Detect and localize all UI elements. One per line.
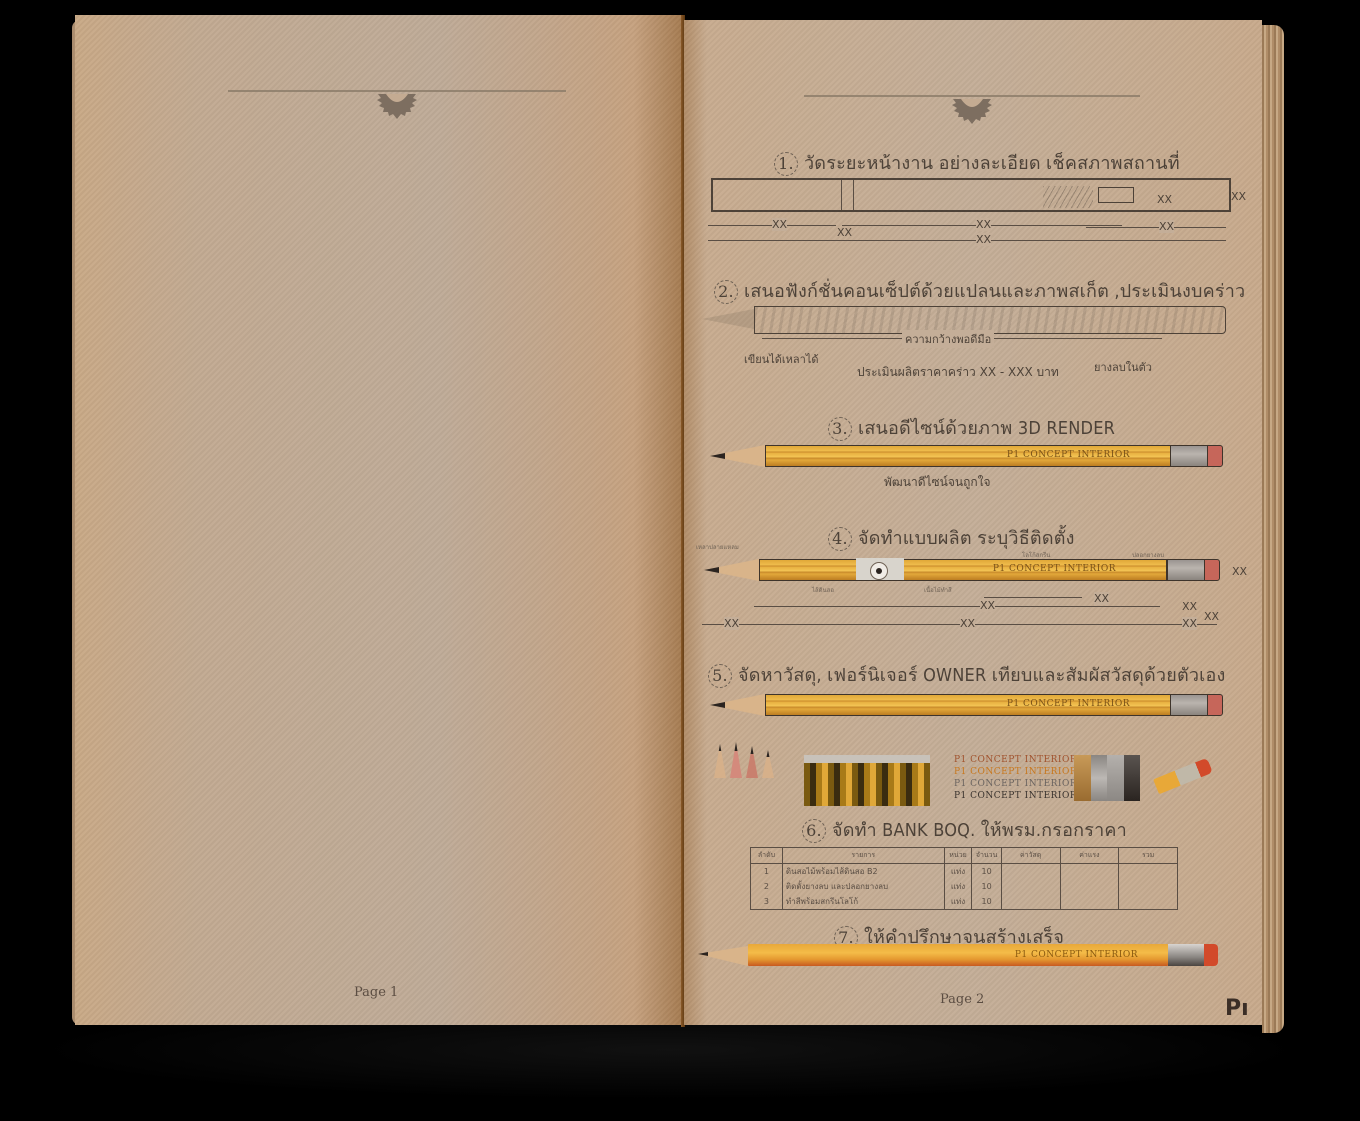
render-pencil: P1 CONCEPT INTERIOR <box>710 445 1225 467</box>
material-pencil: P1 CONCEPT INTERIOR <box>710 694 1225 716</box>
sun-ornament-icon <box>947 97 997 125</box>
step-title-text: เสนอฟังก์ชั่นคอนเซ็ปต์ด้วยแปลนและภาพสเก็… <box>744 281 1245 302</box>
screen-color-sample: P1 CONCEPT INTERIOR <box>954 779 1077 789</box>
sun-ornament-icon <box>372 92 422 120</box>
step-2-title: 2.เสนอฟังก์ชั่นคอนเซ็ปต์ด้วยแปลนและภาพสเ… <box>714 276 1245 305</box>
site-plan-drawing <box>711 178 1231 212</box>
pencil-brand-text: P1 CONCEPT INTERIOR <box>1007 450 1130 460</box>
screen-color-sample: P1 CONCEPT INTERIOR <box>954 767 1077 777</box>
dimension-label: XX <box>976 218 991 231</box>
sharpenable-annotation: เขียนได้เหลาได้ <box>744 350 819 368</box>
step-number-badge: 5. <box>708 664 732 688</box>
dimension-label: XX <box>960 617 975 630</box>
dimension-label: XX <box>1182 617 1197 630</box>
dimension-label: XX <box>724 617 739 630</box>
sketch-pencil-tip <box>702 309 754 329</box>
lead-annotation: ไส้ดินสอ <box>812 585 834 595</box>
dimension-label: XX <box>1204 610 1219 623</box>
table-row: 3 ทำสีพร้อมสกรีนโลโก้ แท่ง 10 <box>751 894 1178 910</box>
screen-color-sample: P1 CONCEPT INTERIOR <box>954 791 1077 801</box>
right-page-edge <box>1262 25 1284 1033</box>
tip-annotation: เหลาปลายแหลม <box>696 542 739 552</box>
step-3-title: 3.เสนอดีไซน์ด้วยภาพ 3D RENDER <box>828 413 1115 442</box>
right-page: 1.วัดระยะหน้างาน อย่างละเอียด เช็คสภาพสถ… <box>684 20 1262 1025</box>
dimension-label: XX <box>976 233 991 246</box>
brand-logo: Pı <box>1225 996 1249 1021</box>
pencil-brand-text: P1 CONCEPT INTERIOR <box>1007 699 1130 709</box>
header-ornament <box>228 90 566 130</box>
table-header-row: ลำดับ รายการ หน่วย จำนวน ค่าวัสดุ ค่าแรง… <box>751 848 1178 864</box>
production-pencil: P1 CONCEPT INTERIOR <box>704 559 1224 581</box>
step-title-text: เสนอดีไซน์ด้วยภาพ 3D RENDER <box>858 418 1115 439</box>
step-number-badge: 1. <box>774 152 798 176</box>
page-number: Page 2 <box>940 992 984 1007</box>
pencil-brand-text: P1 CONCEPT INTERIOR <box>993 564 1116 574</box>
left-page: Page 1 <box>75 15 682 1025</box>
final-pencil: P1 CONCEPT INTERIOR <box>698 946 1228 968</box>
render-caption: พัฒนาดีไซน์จนถูกใจ <box>884 473 991 492</box>
dimension-label: XX <box>1094 592 1109 605</box>
step-title-text: วัดระยะหน้างาน อย่างละเอียด เช็คสภาพสถาน… <box>804 153 1180 174</box>
dimension-label: XX <box>837 226 852 239</box>
dimension-label: XX <box>980 599 995 612</box>
width-annotation: ความกว้างพอดีมือ <box>902 330 994 348</box>
step-title-text: จัดหาวัสดุ, เฟอร์นิเจอร์ OWNER เทียบและส… <box>738 665 1226 686</box>
dimension-label: XX <box>1159 220 1174 233</box>
step-5-title: 5.จัดหาวัสดุ, เฟอร์นิเจอร์ OWNER เทียบแล… <box>708 660 1226 689</box>
lead-hardness-samples <box>712 734 774 778</box>
eraser-annotation: ยางลบในตัว <box>1094 358 1152 376</box>
dimension-label: XX <box>772 218 787 231</box>
step-number-badge: 4. <box>828 527 852 551</box>
step-title-text: จัดทำแบบผลิต ระบุวิธีติดตั้ง <box>858 528 1075 549</box>
pencil-brand-text: P1 CONCEPT INTERIOR <box>1015 950 1138 960</box>
table-row: 2 ติดตั้งยางลบ และปลอกยางลบ แท่ง 10 <box>751 879 1178 894</box>
page-number: Page 1 <box>354 985 398 1000</box>
metal-finish-samples <box>1074 755 1140 801</box>
table-row: 1 ดินสอไม้พร้อมไส้ดินสอ B2 แท่ง 10 <box>751 864 1178 880</box>
eraser-sample <box>1153 758 1213 795</box>
step-6-title: 6.จัดทำ BANK BOQ. ให้พรม.กรอกราคา <box>802 815 1127 844</box>
step-title-text: จัดทำ BANK BOQ. ให้พรม.กรอกราคา <box>832 820 1127 841</box>
header-ornament <box>804 95 1140 135</box>
step-number-badge: 6. <box>802 819 826 843</box>
step-4-title: 4.จัดทำแบบผลิต ระบุวิธีติดตั้ง <box>828 523 1075 552</box>
price-estimate-note: ประเมินผลิตราคาคร่าว XX - XXX บาท <box>857 363 1059 382</box>
dimension-label: XX <box>1232 565 1247 578</box>
dimension-label: XX <box>1231 190 1246 203</box>
wood-annotation: เนื้อไม้ทำสี <box>924 585 952 595</box>
screen-color-sample: P1 CONCEPT INTERIOR <box>954 755 1077 765</box>
step-1-title: 1.วัดระยะหน้างาน อย่างละเอียด เช็คสภาพสถ… <box>774 148 1180 177</box>
step-number-badge: 2. <box>714 280 738 304</box>
boq-table: ลำดับ รายการ หน่วย จำนวน ค่าวัสดุ ค่าแรง… <box>750 847 1178 910</box>
dimension-label: XX <box>1157 193 1172 206</box>
wood-color-samples <box>804 755 930 806</box>
dimension-label: XX <box>1182 600 1197 613</box>
step-number-badge: 3. <box>828 417 852 441</box>
